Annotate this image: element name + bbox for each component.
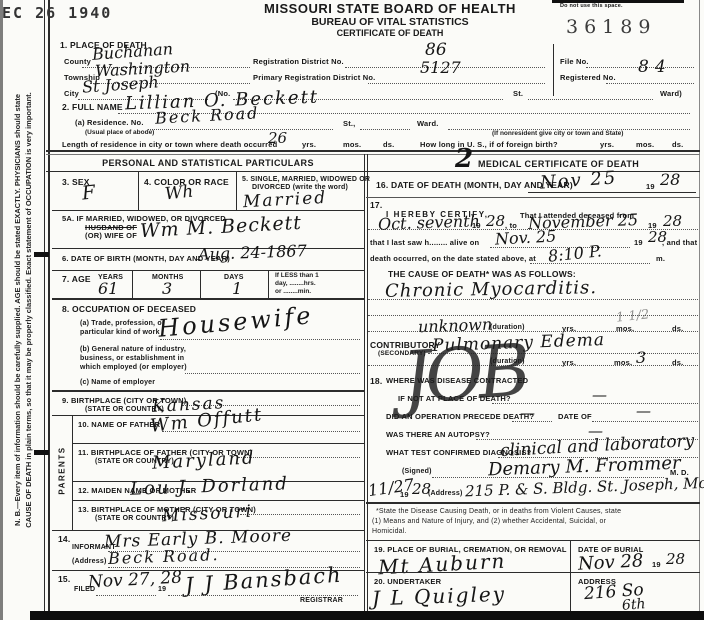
section-rule-top <box>46 150 700 152</box>
us-mos-label: mos. <box>636 140 654 149</box>
nonresident-note: (If nonresident give city or town and St… <box>492 130 623 137</box>
father-bp-value: Maryland <box>152 449 256 472</box>
residence-ward-label: Ward. <box>417 119 439 128</box>
undertaker-addr-value2: 6th <box>622 597 646 613</box>
duration2-yrs: yrs. <box>562 358 576 367</box>
dod-19: 19 <box>646 182 655 191</box>
registration-district-label: Registration District No. <box>253 57 344 66</box>
us-ds-label: ds. <box>672 140 683 149</box>
registrar-label: REGISTRAR <box>300 597 343 604</box>
form-border-outer <box>44 0 45 611</box>
age-less-2: day, ........hrs. <box>275 280 316 287</box>
certify-line3-label: death occurred, on the date stated above… <box>370 254 536 263</box>
race-marital-divider <box>236 171 237 210</box>
sex-value: F <box>81 183 96 203</box>
dod-year: 28 <box>660 172 680 188</box>
occupation-b3: which employed (or employer) <box>80 364 187 371</box>
age-days-value: 1 <box>232 281 242 297</box>
signed-label: (Signed) <box>402 468 432 475</box>
occupation-b1: (b) General nature of industry, <box>80 346 186 353</box>
medical-section-numeral: 2 <box>455 146 473 172</box>
column-divider-1 <box>364 154 365 611</box>
file-no-label: File No. <box>560 57 589 66</box>
last-saw-value: Nov. 25 <box>495 228 557 247</box>
length-yrs-label: yrs. <box>302 140 316 149</box>
residence-label: (a) Residence. No. <box>75 118 144 127</box>
registration-tick-1 <box>34 252 49 257</box>
marital-label-1: 5. SINGLE, MARRIED, WIDOWED OR <box>242 176 370 183</box>
age-less-3: or ........min. <box>275 288 311 295</box>
us-yrs-label: yrs. <box>600 140 614 149</box>
age-months-value: 3 <box>162 281 172 297</box>
rule-under-16 <box>366 197 700 198</box>
form-header: MISSOURI STATE BOARD OF HEALTH BUREAU OF… <box>150 1 630 38</box>
residence-value: Beck Road <box>155 105 260 126</box>
scan-edge-left <box>0 0 3 620</box>
length-mos-label: mos. <box>343 140 361 149</box>
registered-no-value: 84 <box>638 59 672 76</box>
date-of-line <box>592 420 698 422</box>
registered-no-label: Registered No. <box>560 73 616 82</box>
cause-line-1 <box>368 298 698 300</box>
board-title: MISSOURI STATE BOARD OF HEALTH <box>150 1 630 16</box>
burial-divider <box>570 540 571 611</box>
occupation-a2: particular kind of work <box>80 329 160 336</box>
file-panel-divider <box>553 44 554 96</box>
residence-st-line <box>360 128 410 130</box>
duration2-mos: mos. <box>614 358 632 367</box>
marital-value: Married <box>243 190 328 211</box>
row-rule-12 <box>72 500 364 501</box>
footnote-line1: *State the Disease Causing Death, or in … <box>376 508 621 515</box>
filed-date-value: Nov 27, 28 <box>88 570 183 592</box>
how-long-us-label: How long in U. S., if of foreign birth? <box>420 140 558 149</box>
dob-value: Aug. 24-1867 <box>198 243 307 263</box>
undertaker-value: J L Quigley <box>372 584 507 609</box>
duration-ds: ds. <box>672 324 683 333</box>
father-name-label: 10. NAME OF FATHER <box>78 420 160 429</box>
certificate-title: CERTIFICATE OF DEATH <box>150 28 630 38</box>
age-div-3 <box>268 270 269 298</box>
abode-note: (Usual place of abode) <box>85 129 154 136</box>
row-rule-d <box>52 298 364 300</box>
certify-from-value: Oct. seventh <box>378 213 480 233</box>
row-rule-c <box>52 270 364 271</box>
autopsy-label: WAS THERE AN AUTOPSY? <box>386 430 490 439</box>
death-certificate-document: N. B.—Every item of information should b… <box>0 0 704 620</box>
filed-line-1 <box>96 594 156 596</box>
row-rule-e <box>52 390 364 392</box>
filed-num: 15. <box>58 574 70 584</box>
street-label: St. <box>513 89 523 98</box>
certify-num: 17. <box>370 200 382 210</box>
left-margin-note: N. B.—Every item of information should b… <box>4 0 42 620</box>
form-border-inner <box>48 0 50 611</box>
certify-19a: 19 <box>472 221 481 230</box>
form-border-right <box>699 0 700 611</box>
rule-under-burial <box>366 572 700 573</box>
registration-tick-2 <box>34 450 49 455</box>
length-residence-value: 26 <box>268 131 287 146</box>
duration2-ds: ds. <box>672 358 683 367</box>
residence-st-label: St., <box>343 119 355 128</box>
footnote-line3: Homicidal. <box>372 528 407 535</box>
section-rule-bottom <box>46 154 700 155</box>
parents-label: PARENTS <box>58 431 67 511</box>
residence-line <box>148 128 333 130</box>
time-m-label: m. <box>656 254 665 263</box>
age-div-1 <box>132 270 133 298</box>
certificate-number-stamp: 36189 <box>566 16 656 38</box>
registration-district-value: 86 <box>425 42 447 59</box>
occupation-c: (c) Name of employer <box>80 379 155 386</box>
date-of-dash: — <box>636 404 651 419</box>
rule-above-burial <box>366 540 700 541</box>
county-label: County <box>64 57 91 66</box>
scan-edge-bottom <box>30 611 704 620</box>
row-rule-a <box>52 210 364 211</box>
burial-value: Mt Auburn <box>378 551 507 578</box>
certify-line2-label: that I last saw h........ alive on <box>370 238 479 247</box>
ward-label: Ward) <box>660 89 682 98</box>
primary-district-label: Primary Registration District No. <box>253 73 375 82</box>
age-less-1: If LESS than 1 <box>275 272 319 279</box>
date-of-label: DATE OF <box>558 412 592 421</box>
footnote-line2: (1) Means and Nature of Injury, and (2) … <box>372 518 606 525</box>
burial-year: 28 <box>666 552 685 567</box>
length-residence-label: Length of residence in city or town wher… <box>62 140 277 149</box>
duration-faint-marks: 1 1/2 <box>615 308 650 324</box>
mother-maiden-value: Lou J. Dorland <box>130 475 289 499</box>
age-years-value: 61 <box>98 281 118 297</box>
age-div-2 <box>200 270 201 298</box>
spouse-wife-label: (OR) WIFE OF <box>85 231 137 240</box>
certify-yr-a: 28 <box>486 214 505 229</box>
parents-divider <box>72 415 73 530</box>
city-label: City <box>64 89 79 98</box>
length-ds-label: ds. <box>383 140 394 149</box>
informant-addr-value: Beck Road. <box>108 547 220 567</box>
primary-district-line <box>368 82 545 84</box>
margin-note-line2: CAUSE OF DEATH in plain terms, so that i… <box>23 5 34 615</box>
mother-bp-line <box>240 513 360 515</box>
full-name-label: 2. FULL NAME <box>62 102 123 112</box>
date-of-death-value: Nov 25 <box>539 169 617 192</box>
received-date-stamp: EC 26 1940 <box>2 4 112 22</box>
age-label: 7. AGE <box>62 274 91 284</box>
race-value: Wh <box>164 184 194 204</box>
column-divider-2 <box>367 154 368 611</box>
signed-addr-label: (Address) <box>428 490 462 497</box>
certify-yr-b: 28 <box>663 214 682 229</box>
mother-bp-value: Missouri <box>162 504 254 526</box>
dod-underline <box>528 192 696 193</box>
burial-19: 19 <box>652 560 661 569</box>
primary-district-value: 5127 <box>420 60 461 76</box>
overwrite-scrawl: JOB <box>400 334 528 414</box>
do-not-use-label: Do not use this space. <box>560 3 623 9</box>
row-rule-10 <box>72 443 364 444</box>
rule-above-footnote <box>366 502 700 504</box>
and-that-label: , and that <box>662 238 697 247</box>
personal-section-title: PERSONAL AND STATISTICAL PARTICULARS <box>52 158 364 168</box>
signed-19: 19 <box>400 490 409 499</box>
occupation-a1: (a) Trade, profession, or <box>80 320 165 327</box>
informant-addr-label: (Address) <box>72 558 106 565</box>
bureau-title: BUREAU OF VITAL STATISTICS <box>150 16 630 28</box>
certify-19c: 19 <box>634 238 643 247</box>
father-bp-line <box>238 456 360 458</box>
contributory-duration-value: 3 <box>636 350 646 366</box>
q18-num: 18. <box>370 376 382 386</box>
burial-date-value: Nov 28 <box>578 552 644 573</box>
registered-no-line <box>606 82 694 84</box>
sex-race-divider <box>138 171 139 210</box>
informant-num: 14. <box>58 534 70 544</box>
occupation-b2: business, or establishment in <box>80 355 184 362</box>
q18-dash: — <box>592 388 607 403</box>
occupation-b-line <box>185 372 360 374</box>
street-line <box>528 98 653 100</box>
margin-note-line1: N. B.—Every item of information should b… <box>12 5 23 615</box>
